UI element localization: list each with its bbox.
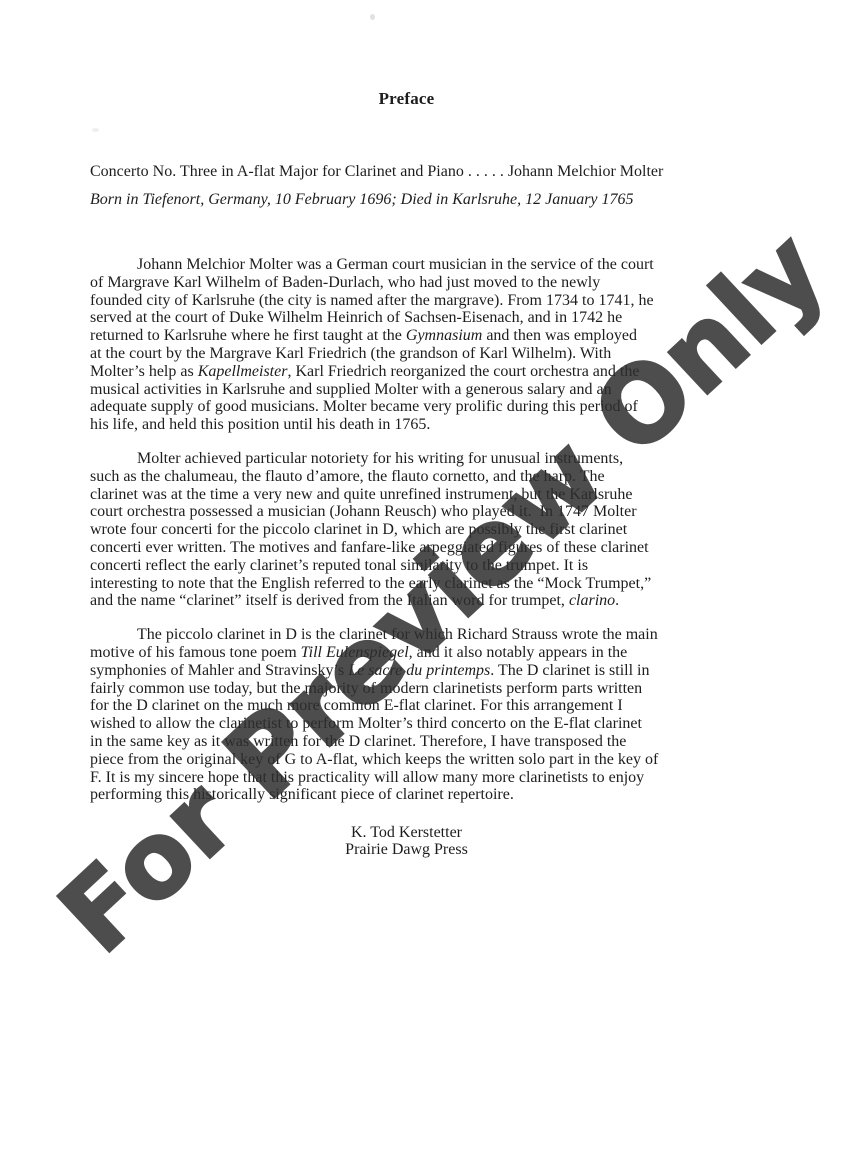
text-line: at the court by the Margrave Karl Friedr… <box>90 345 723 363</box>
preface-paragraphs: Johann Melchior Molter was a German cour… <box>90 256 723 804</box>
text-line: musical activities in Karlsruhe and supp… <box>90 381 723 399</box>
author-name: K. Tod Kerstetter <box>90 824 723 841</box>
text-line: Molter achieved particular notoriety for… <box>90 450 723 468</box>
text-line: clarinet was at the time a very new and … <box>90 486 723 504</box>
text-line: fairly common use today, but the majorit… <box>90 680 723 698</box>
text-line: in the same key as it was written for th… <box>90 733 723 751</box>
text-line: motive of his famous tone poem Till Eule… <box>90 644 723 662</box>
text-line: founded city of Karlsruhe (the city is n… <box>90 292 723 310</box>
text-line: served at the court of Duke Wilhelm Hein… <box>90 309 723 327</box>
preface-page: Preface Concerto No. Three in A-flat Maj… <box>0 0 864 1152</box>
text-line: wished to allow the clarinetist to perfo… <box>90 715 723 733</box>
text-line: Johann Melchior Molter was a German cour… <box>90 256 723 274</box>
work-title-line: Concerto No. Three in A-flat Major for C… <box>90 158 790 186</box>
text-line: interesting to note that the English ref… <box>90 575 723 593</box>
text-line: symphonies of Mahler and Stravinsky’s Le… <box>90 662 723 680</box>
text-line: of Margrave Karl Wilhelm of Baden-Durlac… <box>90 274 723 292</box>
text-line: for the D clarinet on the much more comm… <box>90 697 723 715</box>
text-line: piece from the original key of G to A-fl… <box>90 751 723 769</box>
text-line: and the name “clarinet” itself is derive… <box>90 592 723 610</box>
text-line: returned to Karlsruhe where he first tau… <box>90 327 723 345</box>
text-line: adequate supply of good musicians. Molte… <box>90 398 723 416</box>
text-line: court orchestra possessed a musician (Jo… <box>90 503 723 521</box>
publisher-name: Prairie Dawg Press <box>90 841 723 858</box>
text-line: concerti ever written. The motives and f… <box>90 539 723 557</box>
text-line: The piccolo clarinet in D is the clarine… <box>90 626 723 644</box>
composer-dates-line: Born in Tiefenort, Germany, 10 February … <box>90 186 790 214</box>
text-line: such as the chalumeau, the flauto d’amor… <box>90 468 723 486</box>
scan-speck <box>370 14 375 20</box>
scan-speck <box>92 128 99 132</box>
text-line: wrote four concerti for the piccolo clar… <box>90 521 723 539</box>
paragraph: Johann Melchior Molter was a German cour… <box>90 256 723 434</box>
signature-block: K. Tod Kerstetter Prairie Dawg Press <box>90 824 723 858</box>
paragraph: Molter achieved particular notoriety for… <box>90 450 723 610</box>
text-line: performing this historically significant… <box>90 786 723 804</box>
text-line: F. It is my sincere hope that this pract… <box>90 769 723 787</box>
text-line: Molter’s help as Kapellmeister, Karl Fri… <box>90 363 723 381</box>
paragraph: The piccolo clarinet in D is the clarine… <box>90 626 723 804</box>
text-line: concerti reflect the early clarinet’s re… <box>90 557 723 575</box>
work-heading-block: Concerto No. Three in A-flat Major for C… <box>90 158 790 213</box>
text-line: his life, and held this position until h… <box>90 416 723 434</box>
page-title: Preface <box>90 89 723 109</box>
